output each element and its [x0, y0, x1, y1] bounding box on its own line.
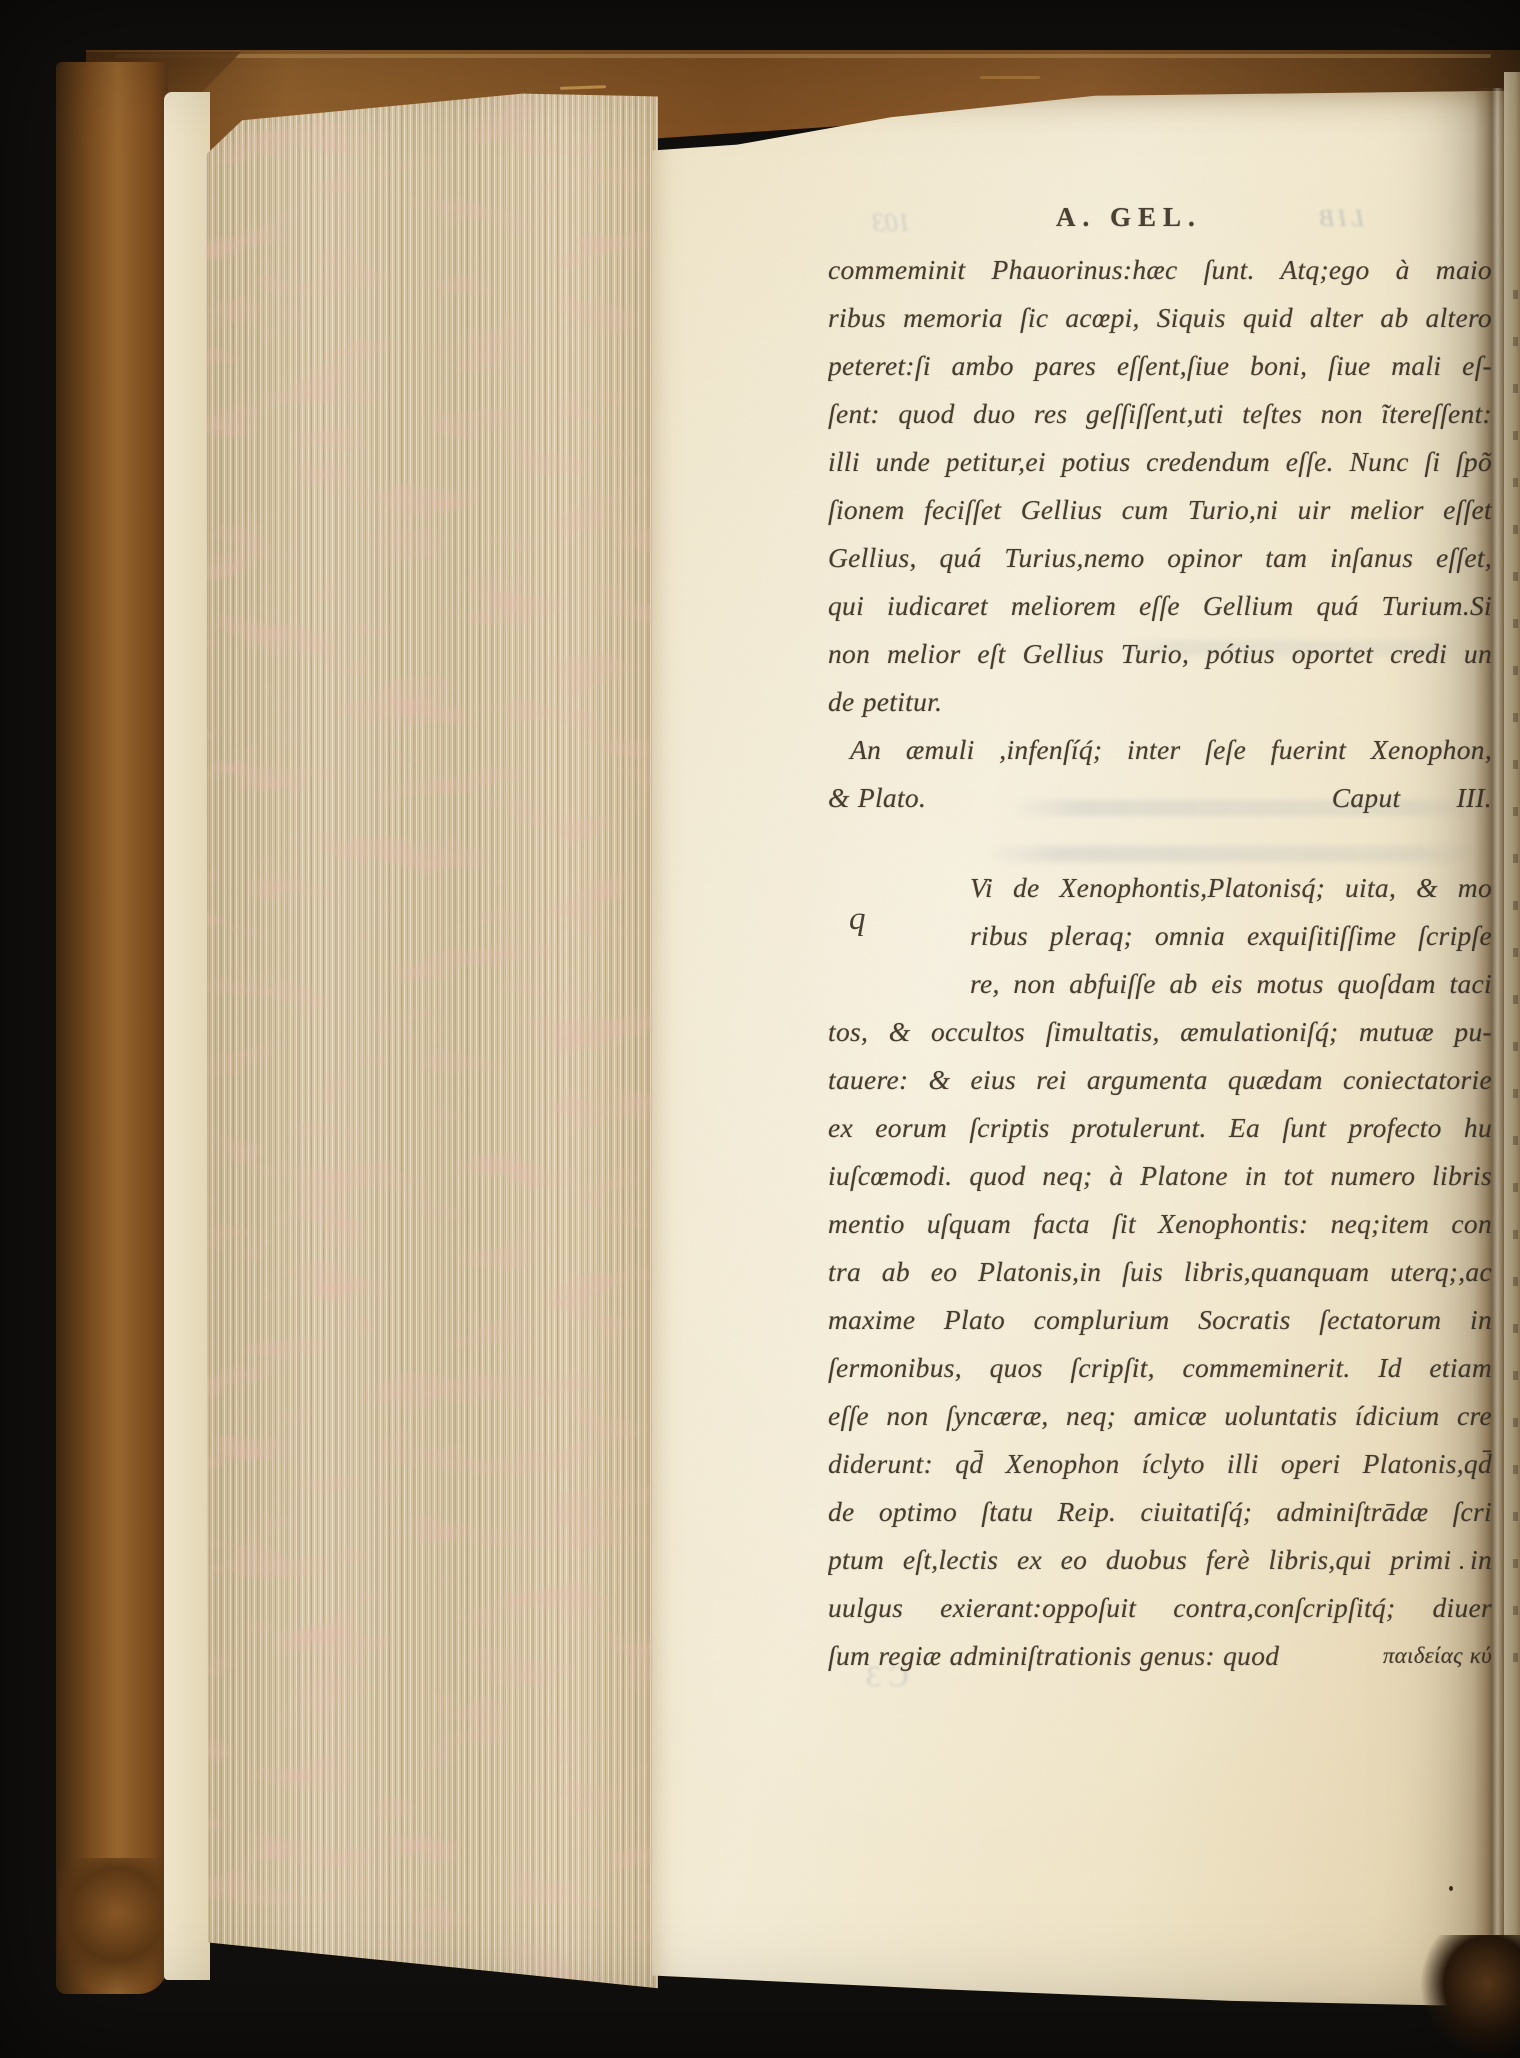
text-line: ex eorum ſcriptis protulerunt. Ea ſunt p… [828, 1104, 1492, 1152]
greek-phrase: παιδείας κύ [1383, 1632, 1492, 1680]
chapter-heading-plato: & Plato. [828, 774, 926, 822]
text-line: Gellius, quá Turius,nemo opinor tam inſa… [828, 534, 1492, 582]
facing-page-sliver [1504, 72, 1520, 2020]
show-through-folio: 103 [872, 208, 911, 238]
text-line: iuſcœmodi. quod neq; à Platone in tot nu… [828, 1152, 1492, 1200]
text-line: re, non abfuiſſe ab eis motus quoſdam ta… [970, 960, 1492, 1008]
text-line: ſionem feciſſet Gellius cum Turio,ni uir… [828, 486, 1492, 534]
book-photograph: 103 LIB C 3 A. GEL. commeminit Phauorinu… [0, 0, 1520, 2058]
text-line: ſermonibus, quos ſcripſit, commeminerit.… [828, 1344, 1492, 1392]
facing-page-text-fragments [1513, 262, 1518, 1662]
text-line: non melior eſt Gellius Turio, pótius opo… [828, 630, 1492, 678]
bottom-right-leather [1415, 1935, 1520, 2058]
chapter-heading-line: & Plato. Caput III. [828, 774, 1492, 822]
fore-edge-mottle-texture [206, 86, 658, 1992]
initial-guide-letter: q [849, 901, 866, 938]
text-line: tos, & occultos ſimultatis, æmulationiſq… [828, 1008, 1492, 1056]
text-line: qui iudicaret meliorem eſſe Gellium quá … [828, 582, 1492, 630]
text-line: ſum regiæ adminiſtrationis genus: quod π… [828, 1632, 1492, 1680]
chapter-heading-line: An æmuli ,infenſíq́; inter ſeſe fuerint … [828, 726, 1492, 774]
show-through-header: LIB [1316, 206, 1364, 233]
endpaper-edge [164, 92, 210, 1980]
text-line: mentio uſquam facta ſit Xenophontis: neq… [828, 1200, 1492, 1248]
text-line: eſſe non ſyncæræ, neq; amicæ uoluntatis … [828, 1392, 1492, 1440]
text-line: tauere: & eius rei argumenta quædam coni… [828, 1056, 1492, 1104]
running-header: A. GEL. [1056, 202, 1202, 233]
text-line: ribus pleraq; omnia exquiſitiſſime ſcrip… [970, 912, 1492, 960]
caput-label: Caput [1332, 774, 1401, 822]
text-line: de optimo ſtatu Reip. ciuitatiſq́; admin… [828, 1488, 1492, 1536]
text-line: illi unde petitur,ei potius credendum eſ… [828, 438, 1492, 486]
text-line: Vi de Xenophontis,Platonisq́; uita, & mo [970, 864, 1492, 912]
leather-scratch [980, 76, 1040, 79]
text-line: commeminit Phauorinus:hæc ſunt. Atq;ego … [828, 246, 1492, 294]
chapter-number: III. [1456, 774, 1492, 822]
text-block: commeminit Phauorinus:hæc ſunt. Atq;ego … [828, 246, 1492, 1680]
leather-cover-left-edge [56, 62, 168, 1994]
text-line: peteret:ſi ambo pares eſſent,ſiue boni, … [828, 342, 1492, 390]
text-line: uulgus exierant:oppoſuit contra,conſcrip… [828, 1584, 1492, 1632]
text-line: de petitur. [828, 678, 1492, 726]
text-line: ptum eſt,lectis ex eo duobus ferè libris… [828, 1536, 1492, 1584]
last-line-latin: ſum regiæ adminiſtrationis genus: quod [828, 1632, 1279, 1680]
text-line: diderunt: qd̄ Xenophon íclyto illi operi… [828, 1440, 1492, 1488]
dust-speck [1460, 1566, 1463, 1569]
text-line: tra ab eo Platonis,in ſuis libris,quanqu… [828, 1248, 1492, 1296]
text-line: ſent: quod duo res geſſiſſent,uti teſtes… [828, 390, 1492, 438]
fore-edge-block [206, 86, 658, 1992]
dust-speck [1449, 1886, 1453, 1891]
text-line: maxime Plato complurium Socratis ſectato… [828, 1296, 1492, 1344]
text-line: ribus memoria ſic acœpi, Siquis quid alt… [828, 294, 1492, 342]
